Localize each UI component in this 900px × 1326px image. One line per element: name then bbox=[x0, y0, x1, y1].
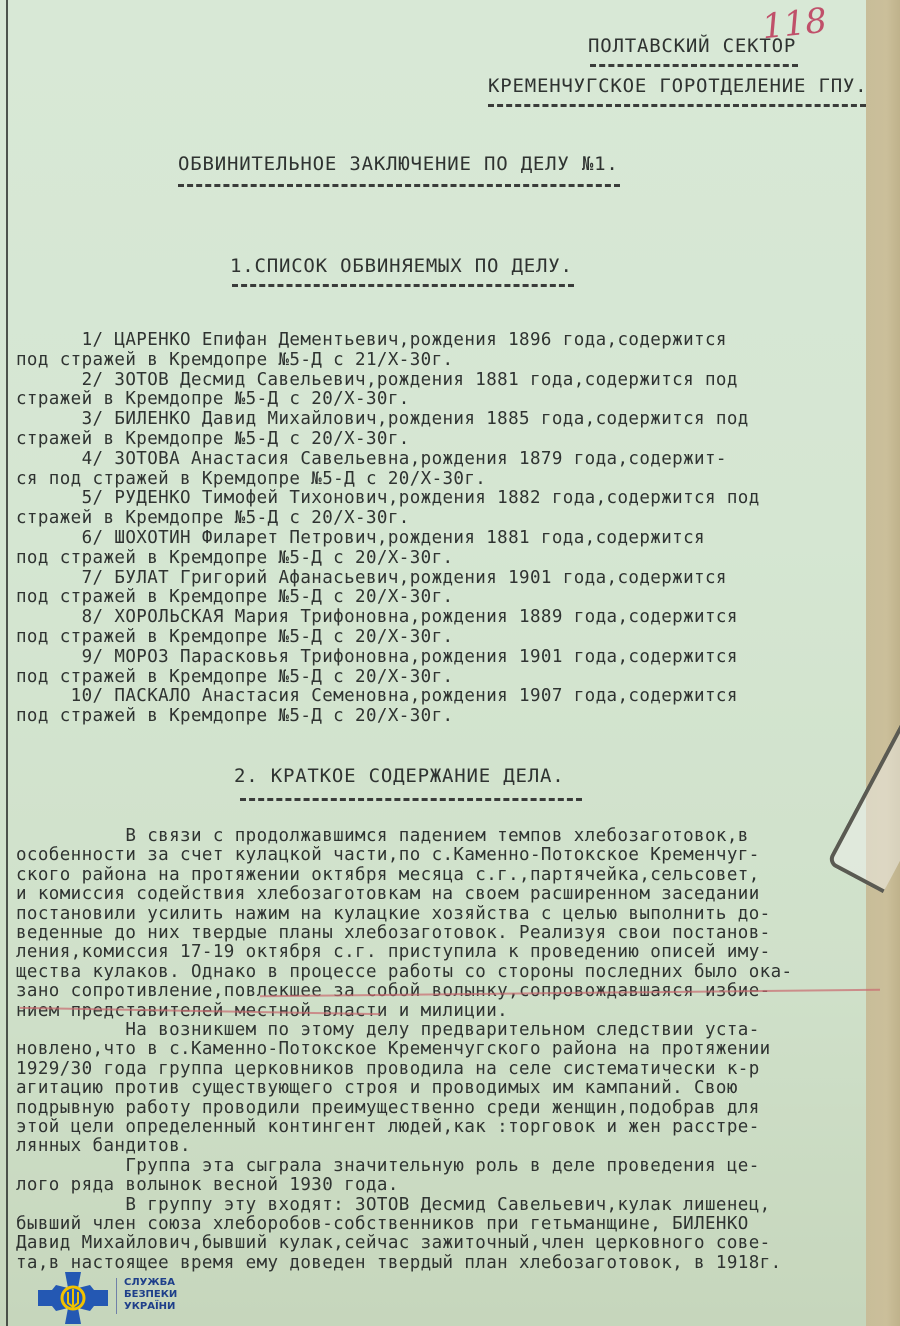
text-line: лого ряда волынок весной 1930 года. bbox=[16, 1175, 399, 1195]
page-fold-line bbox=[6, 0, 8, 1326]
text-line: В связи с продолжавшимся падением темпов… bbox=[16, 826, 749, 846]
text-line: ского района на протяжении октября месяц… bbox=[16, 865, 760, 885]
text-line: стражей в Кремдопре №5-Д с 20/Х-30г. bbox=[16, 429, 410, 449]
text-line: 3/ БИЛЕНКО Давид Михайлович,рождения 188… bbox=[16, 409, 749, 429]
text-line: под стражей в Кремдопре №5-Д с 20/Х-30г. bbox=[16, 587, 453, 607]
text-line: под стражей в Кремдопре №5-Д с 20/Х-30г. bbox=[16, 667, 453, 687]
text-line: 5/ РУДЕНКО Тимофей Тихонович,рождения 18… bbox=[16, 488, 760, 508]
text-line: 7/ БУЛАТ Григорий Афанасьевич,рождения 1… bbox=[16, 568, 727, 588]
text-line: На возникшем по этому делу предварительн… bbox=[16, 1020, 760, 1040]
text-line: стражей в Кремдопре №5-Д с 20/Х-30г. bbox=[16, 508, 410, 528]
section2-heading: 2. КРАТКОЕ СОДЕРЖАНИЕ ДЕЛА. bbox=[234, 766, 564, 786]
text-line: 1/ ЦАРЕНКО Епифан Дементьевич,рождения 1… bbox=[16, 330, 727, 350]
text-line: этой цели определенный контингент людей,… bbox=[16, 1117, 760, 1137]
section1-underline bbox=[232, 284, 574, 287]
text-line: постановили усилить нажим на кулацкие хо… bbox=[16, 904, 771, 924]
header-underline bbox=[488, 104, 866, 107]
header-sector: ПОЛТАВСКИЙ СЕКТОР bbox=[588, 36, 796, 56]
text-line: и комиссия содействия хлебозаготовкам на… bbox=[16, 884, 760, 904]
text-line: ления,комиссия 17-19 октября с.г. присту… bbox=[16, 942, 771, 962]
document-title: ОБВИНИТЕЛЬНОЕ ЗАКЛЮЧЕНИЕ ПО ДЕЛУ №1. bbox=[178, 154, 619, 174]
text-line: под стражей в Кремдопре №5-Д с 21/Х-30г. bbox=[16, 350, 453, 370]
text-line: под стражей в Кремдопре №5-Д с 20/Х-30г. bbox=[16, 548, 453, 568]
text-line: стражей в Кремдопре №5-Д с 20/Х-30г. bbox=[16, 389, 410, 409]
text-line: 1929/30 года группа церковников проводил… bbox=[16, 1059, 760, 1079]
header-underline bbox=[590, 64, 798, 67]
text-line: особенности за счет кулацкой части,по с.… bbox=[16, 845, 760, 865]
text-line: та,в настоящее время ему доведен твердый… bbox=[16, 1253, 782, 1273]
text-line: подрывную работу проводили преимуществен… bbox=[16, 1098, 760, 1118]
section1-heading: 1.СПИСОК ОБВИНЯЕМЫХ ПО ДЕЛУ. bbox=[230, 256, 573, 276]
text-line: В группу эту входят: ЗОТОВ Десмид Савель… bbox=[16, 1195, 771, 1215]
section2-underline bbox=[240, 798, 582, 801]
text-line: щества кулаков. Однако в процессе работы… bbox=[16, 962, 792, 982]
text-line: под стражей в Кремдопре №5-Д с 20/Х-30г. bbox=[16, 706, 453, 726]
text-line: 2/ ЗОТОВ Десмид Савельевич,рождения 1881… bbox=[16, 370, 738, 390]
text-line: лянных бандитов. bbox=[16, 1136, 191, 1156]
text-line: Давид Михайлович,бывший кулак,сейчас заж… bbox=[16, 1233, 771, 1253]
page-edge bbox=[866, 0, 900, 1326]
text-line: под стражей в Кремдопре №5-Д с 20/Х-30г. bbox=[16, 627, 453, 647]
text-line: агитацию против существующего строя и пр… bbox=[16, 1078, 738, 1098]
text-line: веденные до них твердые планы хлебозагот… bbox=[16, 923, 771, 943]
text-line: ся под стражей в Кремдопре №5-Д с 20/Х-3… bbox=[16, 469, 486, 489]
text-line: 6/ ШОХОТИН Филарет Петрович,рождения 188… bbox=[16, 528, 705, 548]
text-line: новлено,что в с.Каменно-Потокское Кремен… bbox=[16, 1039, 771, 1059]
title-underline bbox=[178, 184, 620, 187]
header-department: КРЕМЕНЧУГСКОЕ ГОРОТДЕЛЕНИЕ ГПУ. bbox=[488, 76, 867, 96]
text-line: 8/ ХОРОЛЬСКАЯ Мария Трифоновна,рождения … bbox=[16, 607, 738, 627]
text-line: 4/ ЗОТОВА Анастасия Савельевна,рождения … bbox=[16, 449, 727, 469]
ssu-label: СЛУЖБА БЕЗПЕКИ УКРАЇНИ bbox=[124, 1277, 177, 1313]
text-line: 10/ ПАСКАЛО Анастасия Семеновна,рождения… bbox=[16, 686, 738, 706]
ssu-emblem-icon bbox=[38, 1272, 108, 1324]
text-line: бывший член союза хлеборобов-собственник… bbox=[16, 1214, 749, 1234]
text-line: Группа эта сыграла значительную роль в д… bbox=[16, 1156, 760, 1176]
logo-divider bbox=[116, 1278, 117, 1314]
text-line: 9/ МОРОЗ Парасковья Трифоновна,рождения … bbox=[16, 647, 738, 667]
